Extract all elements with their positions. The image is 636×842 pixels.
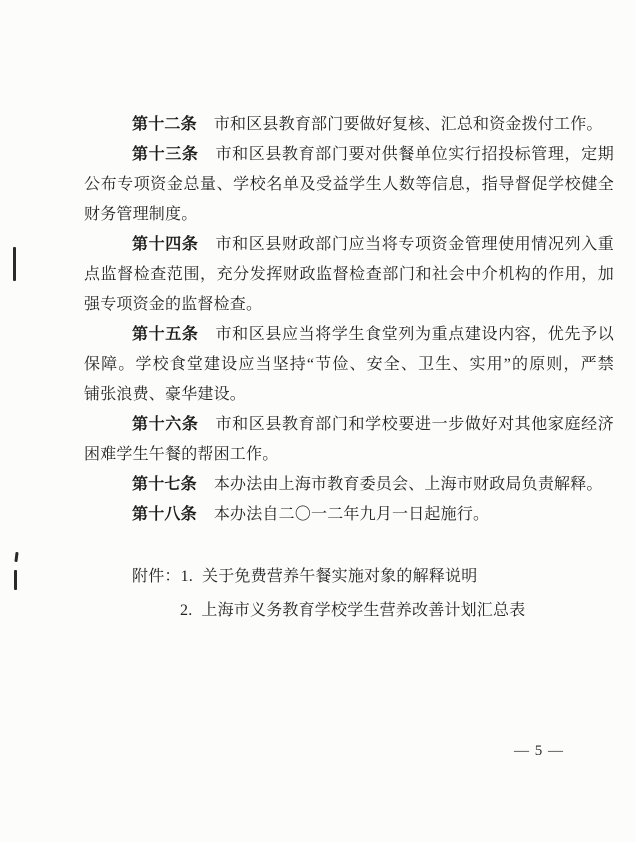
scan-artifact-mark [13, 247, 16, 281]
article-heading: 第十七条 [132, 476, 197, 493]
article-text: 本办法自二〇一二年九月一日起施行。 [214, 506, 489, 523]
document-line: 第十二条市和区县教育部门要做好复核、汇总和资金拨付工作。 [84, 110, 614, 140]
document-page: 第十二条市和区县教育部门要做好复核、汇总和资金拨付工作。第十三条市和区县教育部门… [0, 0, 636, 842]
attachment-number: 2. [180, 602, 192, 619]
article-text: 市和区县教育部门要对供餐单位实行招投标管理，定期 [216, 146, 615, 163]
article-text: 市和区县教育部门要做好复核、汇总和资金拨付工作。 [214, 116, 603, 133]
attachments-label: 附件： [132, 568, 181, 585]
document-line: 强专项资金的监督检查。 [84, 290, 614, 320]
document-line: 第十八条本办法自二〇一二年九月一日起施行。 [84, 500, 614, 530]
article-heading: 第十二条 [132, 116, 197, 133]
article-text: 市和区县教育部门和学校要进一步做好对其他家庭经济 [216, 416, 615, 433]
document-line: 第十四条市和区县财政部门应当将专项资金管理使用情况列入重 [84, 230, 614, 260]
document-line: 困难学生午餐的帮困工作。 [84, 440, 614, 470]
document-line: 第十五条市和区县应当将学生食堂列为重点建设内容，优先予以 [84, 320, 614, 350]
article-text: 市和区县应当将学生食堂列为重点建设内容，优先予以 [216, 326, 615, 343]
document-line: 铺张浪费、豪华建设。 [84, 380, 614, 410]
document-line: 第十六条市和区县教育部门和学校要进一步做好对其他家庭经济 [84, 410, 614, 440]
article-heading: 第十四条 [132, 236, 199, 253]
attachment-title: 关于免费营养午餐实施对象的解释说明 [202, 568, 477, 585]
document-line: 第十三条市和区县教育部门要对供餐单位实行招投标管理，定期 [84, 140, 614, 170]
article-text: 市和区县财政部门应当将专项资金管理使用情况列入重 [216, 236, 615, 253]
attachments-section: 附件：1.关于免费营养午餐实施对象的解释说明2.上海市义务教育学校学生营养改善计… [132, 560, 592, 628]
document-line: 财务管理制度。 [84, 200, 614, 230]
article-heading: 第十六条 [132, 416, 199, 433]
document-line: 第十七条本办法由上海市教育委员会、上海市财政局负责解释。 [84, 470, 614, 500]
document-line: 公布专项资金总量、学校名单及受益学生人数等信息，指导督促学校健全 [84, 170, 614, 200]
document-body: 第十二条市和区县教育部门要做好复核、汇总和资金拨付工作。第十三条市和区县教育部门… [84, 110, 614, 530]
document-line: 保障。学校食堂建设应当坚持“节俭、安全、卫生、实用”的原则，严禁 [84, 350, 614, 380]
page-number: — 5 — [514, 743, 584, 760]
article-text: 本办法由上海市教育委员会、上海市财政局负责解释。 [214, 476, 603, 493]
attachment-item: 附件：1.关于免费营养午餐实施对象的解释说明 [132, 560, 592, 594]
article-heading: 第十五条 [132, 326, 199, 343]
article-heading: 第十三条 [132, 146, 199, 163]
scan-artifact-mark [14, 552, 18, 562]
document-line: 点监督检查范围，充分发挥财政监督检查部门和社会中介机构的作用，加 [84, 260, 614, 290]
attachment-number: 1. [181, 568, 193, 585]
attachment-item: 2.上海市义务教育学校学生营养改善计划汇总表 [132, 594, 592, 628]
scan-artifact-mark [14, 570, 17, 590]
attachment-title: 上海市义务教育学校学生营养改善计划汇总表 [201, 602, 525, 619]
article-heading: 第十八条 [132, 506, 197, 523]
